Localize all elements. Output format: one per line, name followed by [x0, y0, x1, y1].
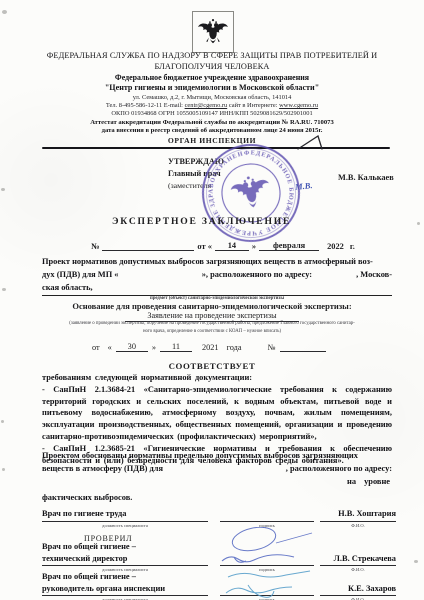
- basis-close-quote: »: [152, 343, 156, 352]
- basis-caption-line1: (заявление о проведении экспертизы, пору…: [0, 321, 424, 328]
- subject-line2b: », расположенного по адресу:: [202, 268, 312, 281]
- round-stamp: ФЕДЕРАЛЬНОЕ БЮДЖЕТНОЕ УЧРЕЖДЕНИЕ ЗДРАВОО…: [191, 133, 311, 253]
- org-address: ул. Семашко, д.2, г. Мытищи, Московская …: [0, 94, 424, 101]
- site-link[interactable]: www.cgemo.ru: [279, 102, 318, 109]
- pen-mark-icon: [296, 133, 330, 151]
- signature-scribble-icon: [218, 567, 328, 600]
- verdict-intro: требованиям следующей нормативной докуме…: [42, 372, 392, 384]
- sig1-sign-line: [220, 509, 314, 522]
- approver-name: М.В. Калькаев: [338, 173, 394, 182]
- sig1-name-caption: Ф.И.О.: [320, 522, 396, 528]
- date-from-label: от «: [197, 242, 211, 251]
- date-month: февраля: [259, 241, 319, 251]
- sig1-name-cell: Н.В. Хоштария Ф.И.О.: [320, 508, 396, 528]
- document-title: ЭКСПЕРТНОЕ ЗАКЛЮЧЕНИЕ: [112, 216, 291, 227]
- verdict-heading: СООТВЕТСТВУЕТ: [0, 361, 424, 371]
- sig3-position-cell: Врач по общей гигиене – руководитель орг…: [42, 571, 208, 600]
- conclusion-line2b: , расположенного по адресу:: [286, 462, 392, 475]
- org-type: Федеральное бюджетное учреждение здравоо…: [0, 73, 424, 82]
- coat-of-arms-box: [192, 11, 234, 53]
- signature-row-1: Врач по гигиене труда должность специали…: [42, 508, 396, 528]
- scan-speck: [1, 188, 5, 191]
- org-contacts: Тел. 8-495-586-12-11 E-mail: centr@cgemo…: [0, 102, 424, 109]
- sig3-position-line1: Врач по общей гигиене –: [42, 571, 208, 583]
- org-codes: ОКПО 01934868 ОГРН 1055005109147 ИНН/КПП…: [0, 110, 424, 117]
- subject-line3: ская область,: [42, 281, 392, 296]
- sig3-name-cell: К.Е. Захаров Ф.И.О.: [320, 583, 396, 600]
- sig1-position-cell: Врач по гигиене труда должность специали…: [42, 508, 208, 528]
- email-label: E-mail:: [164, 102, 183, 109]
- scan-speck: [1, 420, 4, 423]
- subject-line2: дух (ПДВ) для МП « », расположенного по …: [42, 268, 392, 281]
- accreditation-line2: дата внесения в реестр сведений об аккре…: [0, 127, 424, 134]
- sig3-name-caption: Ф.И.О.: [320, 596, 396, 600]
- sig3-sign-cell[interactable]: подпись: [220, 583, 314, 600]
- signature-row-3: Врач по общей гигиене – руководитель орг…: [42, 571, 396, 600]
- org-name: "Центр гигиены и эпидемиологии в Московс…: [0, 83, 424, 92]
- date-day: 14: [215, 241, 249, 251]
- basis-year-word: года: [227, 343, 242, 352]
- basis-open-quote: «: [108, 343, 112, 352]
- sig2-position-line1: Врач по общей гигиене –: [42, 541, 208, 553]
- basis-value: Заявление на проведение экспертизы: [0, 311, 424, 320]
- document-page: ФЕДЕРАЛЬНАЯ СЛУЖБА ПО НАДЗОРУ В СФЕРЕ ЗА…: [0, 0, 424, 600]
- scan-speck: [414, 560, 418, 563]
- signature-scribble-icon: [216, 527, 326, 569]
- subject-paragraph: Проект нормативов допустимых выбросов за…: [42, 255, 392, 303]
- conclusion-line3: на уровне: [42, 475, 392, 488]
- sig2-name-cell: Л.В. Стрекачева Ф.И.О.: [320, 553, 396, 573]
- conclusion-line2a: веществ в атмосферу (ПДВ) для: [42, 462, 163, 475]
- sig1-sign-cell[interactable]: подпись: [220, 509, 314, 528]
- phone: Тел. 8-495-586-12-11: [106, 102, 162, 109]
- scan-speck: [2, 288, 6, 291]
- conclusion-line1: Проектом обоснованы нормативы предельно …: [42, 449, 392, 462]
- scan-speck: [2, 10, 7, 14]
- inspection-organ-label: ОРГАН ИНСПЕКЦИИ: [0, 136, 424, 145]
- number-blank[interactable]: [102, 240, 194, 251]
- date-quote: »: [252, 242, 256, 251]
- scan-speck: [2, 468, 5, 471]
- basis-heading: Основание для проведения санитарно-эпиде…: [0, 301, 424, 311]
- sig1-position-caption: должность специалиста: [42, 522, 208, 528]
- sig1-name: Н.В. Хоштария: [320, 508, 396, 522]
- basis-day: 30: [116, 342, 148, 352]
- double-headed-eagle-icon: [196, 15, 230, 49]
- sig3-name: К.Е. Захаров: [320, 583, 396, 597]
- number-label: №: [91, 242, 99, 251]
- service-name-line2: БЛАГОПОЛУЧИЯ ЧЕЛОВЕКА: [0, 62, 424, 71]
- sig2-name: Л.В. Стрекачева: [320, 553, 396, 567]
- number-date-row: № от « 14 » февраля 2022 г.: [88, 240, 358, 251]
- conclusion-line4: фактических выбросов.: [42, 491, 392, 504]
- basis-date-row: от « 30 » 11 2021 года №: [88, 341, 326, 352]
- date-year: 2022: [327, 242, 344, 251]
- service-name-line1: ФЕДЕРАЛЬНАЯ СЛУЖБА ПО НАДЗОРУ В СФЕРЕ ЗА…: [0, 51, 424, 60]
- date-year-suffix: г.: [350, 242, 355, 251]
- email-link[interactable]: centr@cgemo.ru: [185, 102, 228, 109]
- sig2-position-line2: технический директор: [42, 553, 208, 567]
- site-label: сайт в Интернете:: [229, 102, 278, 109]
- subject-line2a: дух (ПДВ) для МП «: [42, 268, 119, 281]
- basis-year: 2021: [202, 343, 219, 352]
- scan-speck: [417, 222, 420, 225]
- normative-item-1: - СанПиН 2.1.3684-21 «Санитарно-эпидемио…: [42, 384, 392, 443]
- basis-number-blank[interactable]: [280, 341, 326, 352]
- basis-number-label: №: [268, 343, 276, 352]
- sig3-position-caption: должность специалиста: [42, 596, 208, 600]
- accreditation-line1: Аттестат аккредитации Федеральной службы…: [0, 119, 424, 126]
- subject-line2c: , Москов-: [356, 268, 392, 281]
- basis-from-label: от: [92, 343, 100, 352]
- conclusion-line2: веществ в атмосферу (ПДВ) для , располож…: [42, 462, 392, 475]
- sig2-position-cell: Врач по общей гигиене – технический дире…: [42, 541, 208, 572]
- basis-month: 11: [160, 342, 192, 352]
- sig3-position-line2: руководитель органа инспекции: [42, 583, 208, 597]
- conclusion-paragraph: Проектом обоснованы нормативы предельно …: [42, 449, 392, 504]
- sig1-position: Врач по гигиене труда: [42, 508, 208, 522]
- basis-caption-line2: ного врача, определение в соответствии с…: [0, 329, 424, 336]
- subject-line1: Проект нормативов допустимых выбросов за…: [42, 255, 392, 268]
- stamp-eagle-icon: [229, 173, 273, 211]
